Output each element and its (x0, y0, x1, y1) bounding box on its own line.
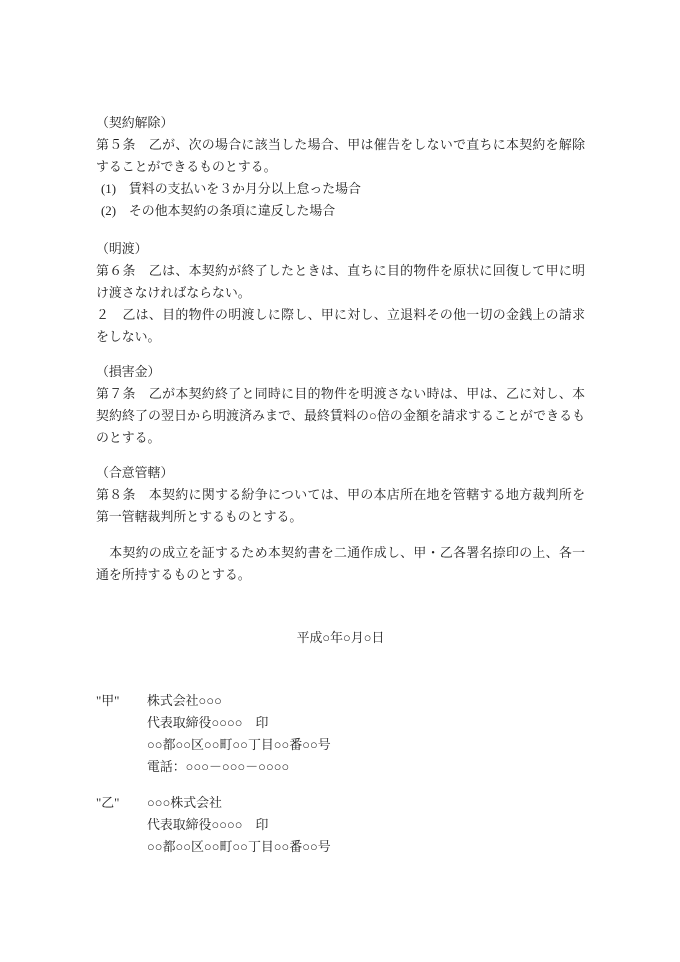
section-damages: （損害金） 第７条 乙が本契約終了と同時に目的物件を明渡さない時は、甲は、乙に対… (96, 361, 585, 449)
party-a-block: "甲" 株式会社○○○ 代表取締役○○○○ 印 ○○都○○区○○町○○丁目○○番… (96, 690, 585, 778)
party-b-company: ○○○株式会社 (147, 792, 585, 814)
article-5-item-2: (2) その他本契約の条項に違反した場合 (96, 200, 585, 222)
article-7-text: 第７条 乙が本契約終了と同時に目的物件を明渡さない時は、甲は、乙に対し、本契約終… (96, 383, 585, 449)
section-termination: （契約解除） 第５条 乙が、次の場合に該当した場合、甲は催告をしないで直ちに本契… (96, 112, 585, 222)
party-a-phone: 電話：○○○－○○○－○○○○ (147, 756, 585, 778)
section-vacating: （明渡） 第６条 乙は、本契約が終了したときは、直ちに目的物件を原状に回復して甲… (96, 238, 585, 348)
party-b-representative: 代表取締役○○○○ 印 (147, 814, 585, 836)
contract-page: （契約解除） 第５条 乙が、次の場合に該当した場合、甲は催告をしないで直ちに本契… (0, 0, 680, 962)
section-heading: （合意管轄） (96, 462, 585, 484)
article-5-text: 第５条 乙が、次の場合に該当した場合、甲は催告をしないで直ちに本契約を解除するこ… (96, 134, 585, 178)
article-6-text: 第６条 乙は、本契約が終了したときは、直ちに目的物件を原状に回復して甲に明け渡さ… (96, 260, 585, 304)
party-b-details: ○○○株式会社 代表取締役○○○○ 印 ○○都○○区○○町○○丁目○○番○○号 (147, 792, 585, 858)
party-b-label: "乙" (96, 792, 147, 814)
section-jurisdiction: （合意管轄） 第８条 本契約に関する紛争については、甲の本店所在地を管轄する地方… (96, 462, 585, 528)
party-b-address: ○○都○○区○○町○○丁目○○番○○号 (147, 836, 585, 858)
date-block: 平成○年○月○日 (96, 627, 585, 649)
closing-clause: 本契約の成立を証するため本契約書を二通作成し、甲・乙各署名捺印の上、各一通を所持… (96, 542, 585, 586)
article-5-item-1: (1) 賃料の支払いを３か月分以上怠った場合 (96, 178, 585, 200)
date-line: 平成○年○月○日 (96, 627, 585, 649)
party-a-address: ○○都○○区○○町○○丁目○○番○○号 (147, 734, 585, 756)
section-heading: （契約解除） (96, 112, 585, 134)
section-heading: （明渡） (96, 238, 585, 260)
section-heading: （損害金） (96, 361, 585, 383)
party-a-details: 株式会社○○○ 代表取締役○○○○ 印 ○○都○○区○○町○○丁目○○番○○号 … (147, 690, 585, 778)
closing-text: 本契約の成立を証するため本契約書を二通作成し、甲・乙各署名捺印の上、各一通を所持… (96, 542, 585, 586)
party-a-label: "甲" (96, 690, 147, 712)
party-b-block: "乙" ○○○株式会社 代表取締役○○○○ 印 ○○都○○区○○町○○丁目○○番… (96, 792, 585, 858)
article-6-clause-2: ２ 乙は、目的物件の明渡しに際し、甲に対し、立退料その他一切の金銭上の請求をしな… (96, 304, 585, 348)
party-a-representative: 代表取締役○○○○ 印 (147, 712, 585, 734)
article-8-text: 第８条 本契約に関する紛争については、甲の本店所在地を管轄する地方裁判所を第一管… (96, 484, 585, 528)
party-a-company: 株式会社○○○ (147, 690, 585, 712)
